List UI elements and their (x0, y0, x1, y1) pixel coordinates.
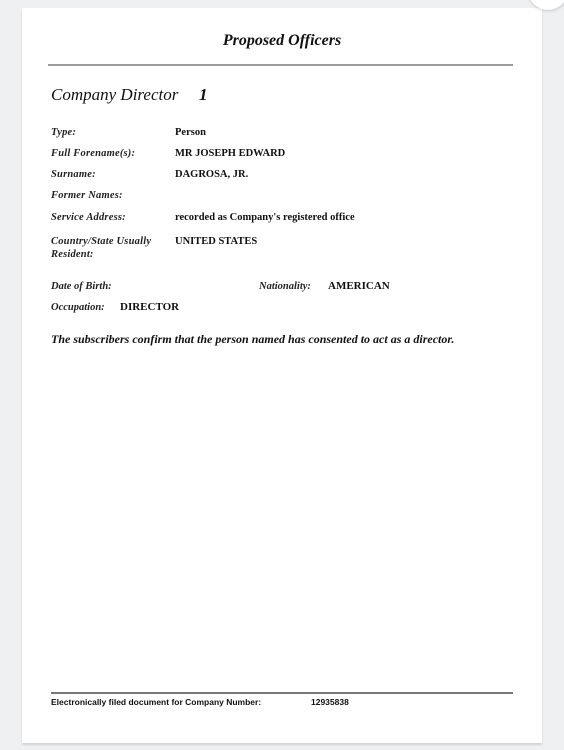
document-title: Proposed Officers (22, 32, 542, 50)
field-label: Service Address: (51, 211, 166, 224)
field-label: Former Names: (51, 189, 166, 202)
document-page: Proposed Officers Company Director 1 Typ… (22, 8, 542, 743)
consent-statement: The subscribers confirm that the person … (51, 332, 454, 347)
field-label: Country/State Usually Resident: (51, 235, 166, 261)
field-label: Full Forename(s): (51, 147, 166, 160)
field-value: Person (175, 126, 206, 139)
company-number: 12935838 (311, 697, 349, 707)
footer-label: Electronically filed document for Compan… (51, 697, 261, 707)
section-number: 1 (199, 85, 208, 105)
field-label: Surname: (51, 168, 166, 181)
field-value: UNITED STATES (175, 235, 257, 248)
header-divider (48, 64, 513, 66)
field-value: recorded as Company's registered office (175, 211, 355, 224)
date-of-birth-label: Date of Birth: (51, 281, 112, 292)
section-heading-label: Company Director (51, 85, 178, 104)
section-heading: Company Director 1 (51, 85, 178, 105)
occupation-value: DIRECTOR (120, 301, 179, 313)
nationality-label: Nationality: (259, 281, 311, 292)
field-value: MR JOSEPH EDWARD (175, 147, 285, 160)
field-value: DAGROSA, JR. (175, 168, 248, 181)
field-label: Type: (51, 126, 166, 139)
nationality-value: AMERICAN (328, 280, 390, 292)
document-viewer: Proposed Officers Company Director 1 Typ… (0, 0, 564, 750)
occupation-label: Occupation: (51, 302, 105, 313)
footer-divider (51, 692, 513, 694)
